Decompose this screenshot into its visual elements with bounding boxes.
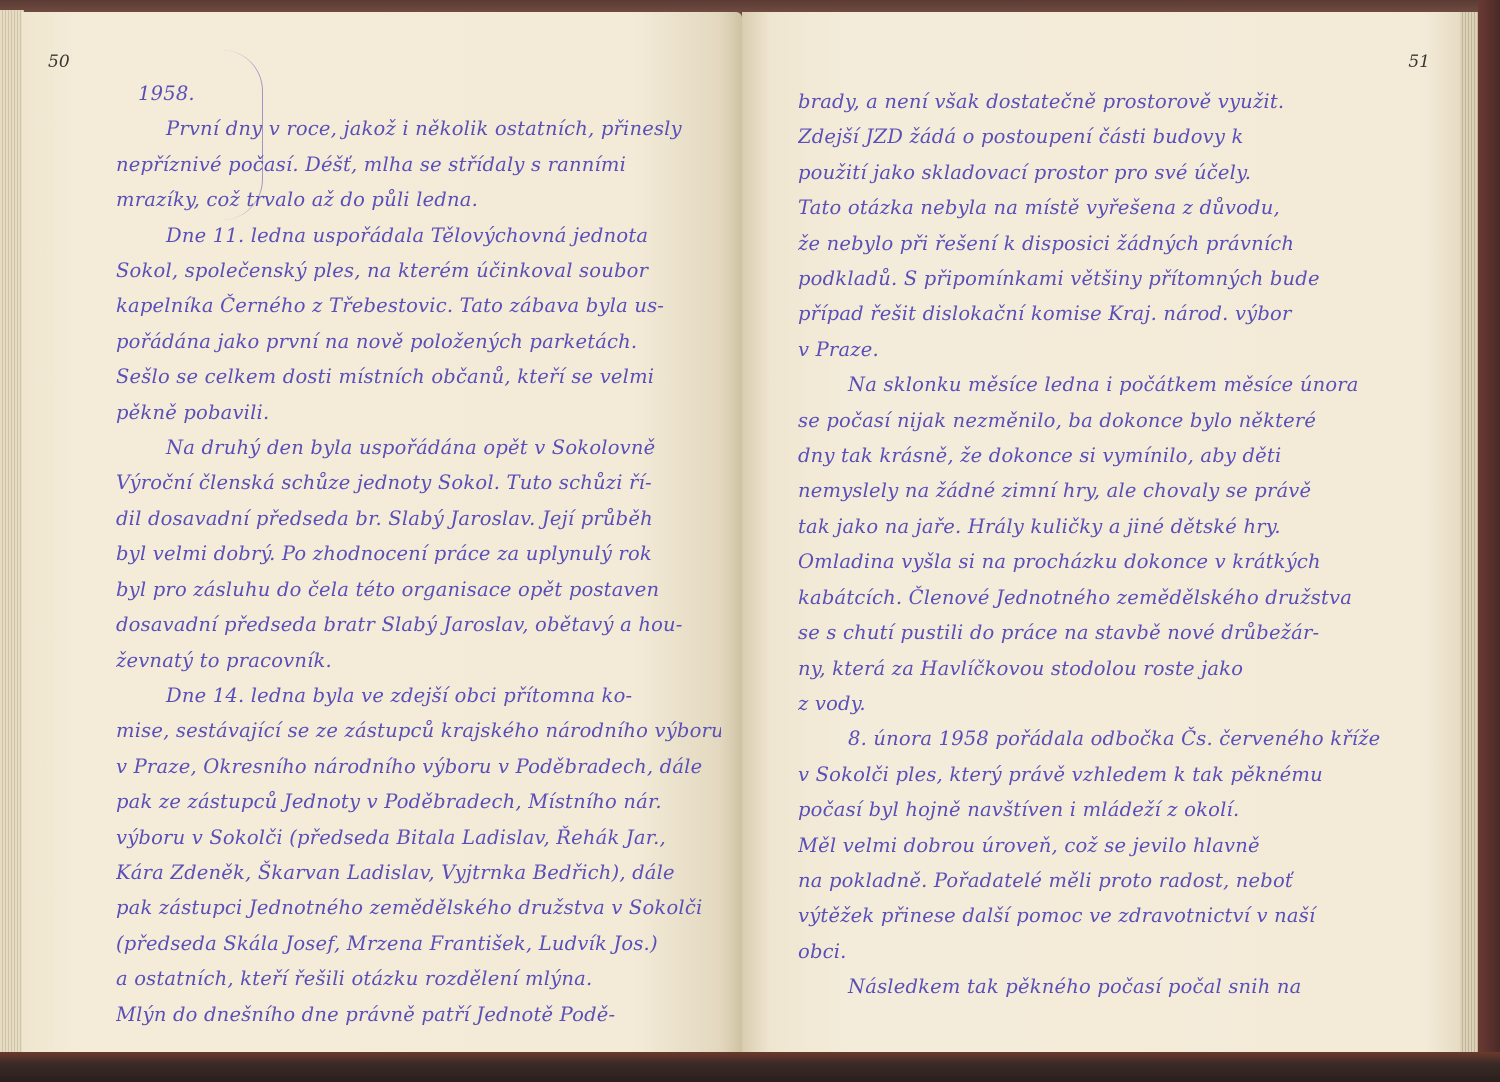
text-line: případ řešit dislokační komise Kraj. nár… — [798, 296, 1403, 331]
text-line: nemyslely na žádné zimní hry, ale choval… — [798, 473, 1403, 508]
text-line: výboru v Sokolči (předseda Bitala Ladisl… — [116, 820, 721, 855]
page-number-left: 50 — [48, 52, 70, 72]
text-line: že nebylo při řešení k disposici žádných… — [798, 226, 1403, 261]
text-line: v Sokolči ples, který právě vzhledem k t… — [798, 757, 1403, 792]
page-edges-left — [0, 10, 24, 1055]
text-line: a ostatních, kteří řešili otázku rozděle… — [116, 961, 721, 996]
text-line: pěkně pobavili. — [116, 395, 721, 430]
left-page-text: 1958. První dny v roce, jakož i několik … — [116, 76, 721, 1032]
text-line: Tato otázka nebyla na místě vyřešena z d… — [798, 190, 1403, 225]
text-line: Zdejší JZD žádá o postoupení části budov… — [798, 119, 1403, 154]
text-line: 8. února 1958 pořádala odbočka Čs. červe… — [798, 721, 1403, 756]
text-line: kabátcích. Členové Jednotného zemědělské… — [798, 580, 1403, 615]
page-number-right: 51 — [1408, 52, 1430, 72]
text-line: na pokladně. Pořadatelé měli proto rados… — [798, 863, 1403, 898]
book-scan: 50 1958. První dny v roce, jakož i někol… — [0, 0, 1500, 1082]
text-line: mrazíky, což trvalo až do půli ledna. — [116, 182, 721, 217]
text-line: První dny v roce, jakož i několik ostatn… — [116, 111, 721, 146]
text-line: Měl velmi dobrou úroveň, což se jevilo h… — [798, 828, 1403, 863]
text-line: nepříznivé počasí. Déšť, mlha se střídal… — [116, 147, 721, 182]
text-line: použití jako skladovací prostor pro své … — [798, 155, 1403, 190]
text-line: byl velmi dobrý. Po zhodnocení práce za … — [116, 536, 721, 571]
text-line: (předseda Skála Josef, Mrzena František,… — [116, 926, 721, 961]
text-line: Výroční členská schůze jednoty Sokol. Tu… — [116, 465, 721, 500]
text-line: tak jako na jaře. Hrály kuličky a jiné d… — [798, 509, 1403, 544]
text-line: kapelníka Černého z Třebestovic. Tato zá… — [116, 288, 721, 323]
right-page-text: brady, a není však dostatečně prostorově… — [798, 84, 1403, 1005]
text-line: Mlýn do dnešního dne právně patří Jednot… — [116, 997, 721, 1032]
text-line: pak zástupci Jednotného zemědělského dru… — [116, 890, 721, 925]
text-line: v Praze, Okresního národního výboru v Po… — [116, 749, 721, 784]
text-line: dny tak krásně, že dokonce si vymínilo, … — [798, 438, 1403, 473]
book-cover-right-edge — [1478, 0, 1500, 1082]
text-line: pak ze zástupců Jednoty v Poděbradech, M… — [116, 784, 721, 819]
text-line: pořádána jako první na nově položených p… — [116, 324, 721, 359]
text-line: podkladů. S připomínkami většiny přítomn… — [798, 261, 1403, 296]
text-line: Na sklonku měsíce ledna i počátkem měsíc… — [798, 367, 1403, 402]
text-line: Sokol, společenský ples, na kterém účink… — [116, 253, 721, 288]
text-line: Na druhý den byla uspořádána opět v Soko… — [116, 430, 721, 465]
text-line: Dne 11. ledna uspořádala Tělovýchovná je… — [116, 218, 721, 253]
text-line: Následkem tak pěkného počasí počal snih … — [798, 969, 1403, 1004]
text-line: se počasí nijak nezměnilo, ba dokonce by… — [798, 403, 1403, 438]
text-line: ny, která za Havlíčkovou stodolou roste … — [798, 651, 1403, 686]
text-line: z vody. — [798, 686, 1403, 721]
text-line: dosavadní předseda bratr Slabý Jaroslav,… — [116, 607, 721, 642]
text-line: Dne 14. ledna byla ve zdejší obci přítom… — [116, 678, 721, 713]
text-line: Omladina vyšla si na procházku dokonce v… — [798, 544, 1403, 579]
text-line: se s chutí pustili do práce na stavbě no… — [798, 615, 1403, 650]
text-line: výtěžek přinese další pomoc ve zdravotni… — [798, 898, 1403, 933]
text-line: mise, sestávající se ze zástupců krajské… — [116, 713, 721, 748]
text-line: ževnatý to pracovník. — [116, 643, 721, 678]
left-page: 50 1958. První dny v roce, jakož i někol… — [22, 12, 742, 1057]
right-page: 51 brady, a není však dostatečně prostor… — [742, 12, 1460, 1052]
text-line: v Praze. — [798, 332, 1403, 367]
text-line: dil dosavadní předseda br. Slabý Jarosla… — [116, 501, 721, 536]
year-heading: 1958. — [116, 76, 721, 111]
text-line: byl pro zásluhu do čela této organisace … — [116, 572, 721, 607]
text-line: Kára Zdeněk, Škarvan Ladislav, Vyjtrnka … — [116, 855, 721, 890]
text-line: Sešlo se celkem dosti místních občanů, k… — [116, 359, 721, 394]
text-line: počasí byl hojně navštíven i mládeží z o… — [798, 792, 1403, 827]
text-line: brady, a není však dostatečně prostorově… — [798, 84, 1403, 119]
text-line: obci. — [798, 934, 1403, 969]
page-edges-right — [1460, 12, 1478, 1052]
book-cover-bottom-edge — [0, 1052, 1500, 1082]
